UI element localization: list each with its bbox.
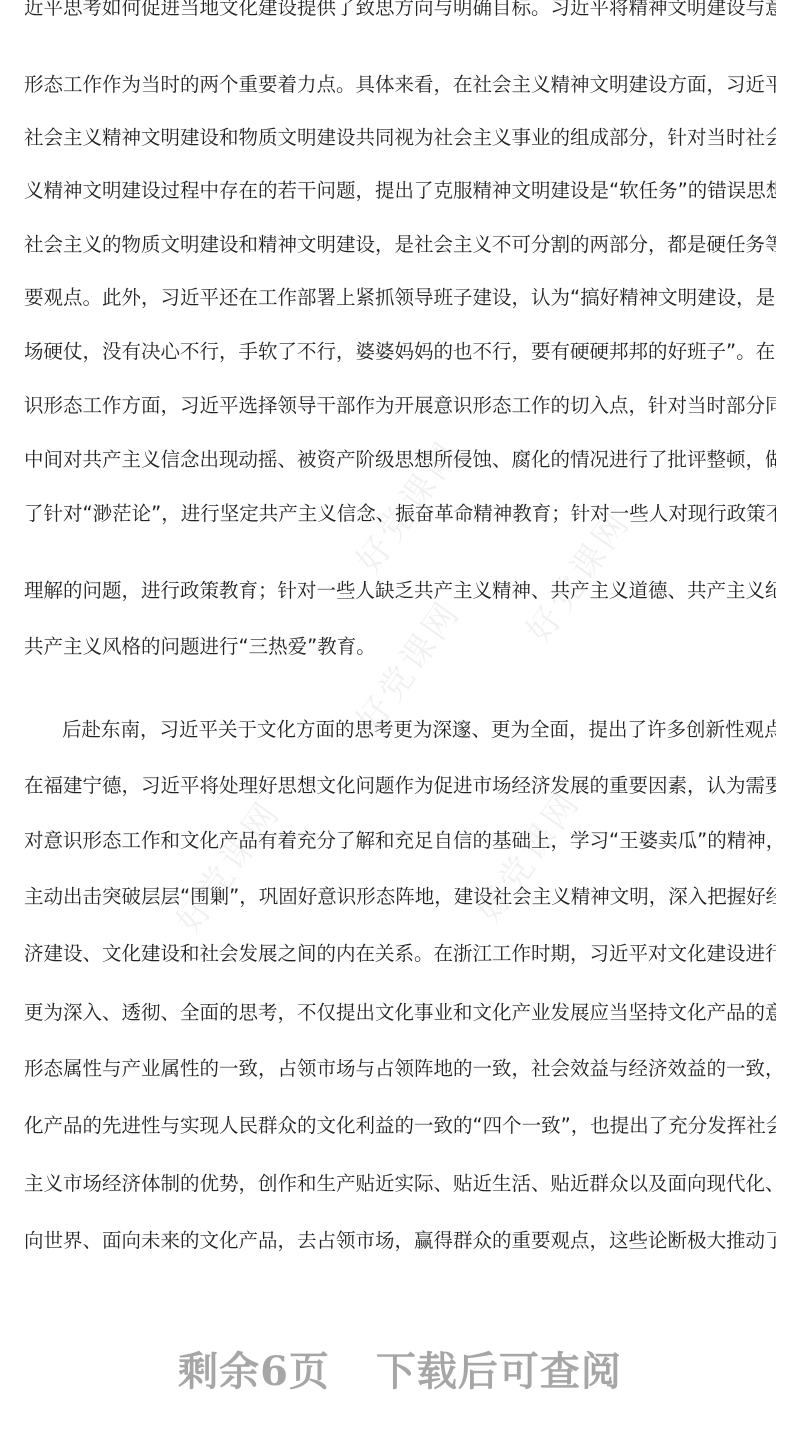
text-line: 主义市场经济体制的优势，创作和生产贴近实际、贴近生活、贴近群众以及面向现代化、面: [24, 1172, 776, 1196]
text-line: 形态属性与产业属性的一致，占领市场与占领阵地的一致，社会效益与经济效益的一致，文: [24, 1057, 776, 1081]
text-line: 要观点。此外，习近平还在工作部署上紧抓领导班子建设，认为“搞好精神文明建设，是一: [24, 286, 776, 310]
text-line: 对意识形态工作和文化产品有着充分了解和充足自信的基础上，学习“王婆卖瓜”的精神，: [24, 829, 776, 853]
text-line: 形态工作作为当时的两个重要着力点。具体来看，在社会主义精神文明建设方面，习近平将: [24, 73, 776, 97]
text-line: 近平思考如何促进当地文化建设提供了致思方向与明确目标。习近平将精神文明建设与意识: [24, 0, 776, 20]
text-line: 在福建宁德，习近平将处理好思想文化问题作为促进市场经济发展的重要因素，认为需要在: [24, 774, 776, 798]
text-line: 后赴东南，习近平关于文化方面的思考更为深邃、更为全面，提出了许多创新性观点。: [62, 718, 776, 742]
text-line: 场硬仗，没有决心不行，手软了不行，婆婆妈妈的也不行，要有硬硬邦邦的好班子”。在意: [24, 340, 776, 364]
text-line: 理解的问题，进行政策教育；针对一些人缺乏共产主义精神、共产主义道德、共产主义纪律…: [24, 579, 776, 603]
text-line: 共产主义风格的问题进行“三热爱”教育。: [24, 635, 776, 659]
download-hint-label: 下载后可查阅: [376, 1340, 622, 1397]
text-line: 义精神文明建设过程中存在的若干问题，提出了克服精神文明建设是“软任务”的错误思想…: [24, 179, 776, 203]
text-line: 社会主义精神文明建设和物质文明建设共同视为社会主义事业的组成部分，针对当时社会主: [24, 126, 776, 150]
text-line: 识形态工作方面，习近平选择领导干部作为开展意识形态工作的切入点，针对当时部分同志: [24, 394, 776, 418]
document-page: 好党课网 好党课网 好党课网 好党课网 好党课网 近平思考如何促进当地文化建设提…: [0, 0, 800, 1446]
text-line: 向世界、面向未来的文化产品，去占领市场，赢得群众的重要观点，这些论断极大推动了区: [24, 1229, 776, 1253]
remaining-pages-label: 剩余6页: [178, 1340, 330, 1397]
text-line: 济建设、文化建设和社会发展之间的内在关系。在浙江工作时期，习近平对文化建设进行了: [24, 942, 776, 966]
watermark: 好党课网: [162, 788, 289, 941]
text-line: 社会主义的物质文明建设和精神文明建设，是社会主义不可分割的两部分，都是硬任务等重: [24, 233, 776, 257]
text-line: 了针对“渺茫论”，进行坚定共产主义信念、振奋革命精神教育；针对一些人对现行政策不: [24, 502, 776, 526]
text-line: 中间对共产主义信念出现动摇、被资产阶级思想所侵蚀、腐化的情况进行了批评整顿，做出: [24, 448, 776, 472]
text-line: 更为深入、透彻、全面的思考，不仅提出文化事业和文化产业发展应当坚持文化产品的意识: [24, 1001, 776, 1025]
text-line: 主动出击突破层层“围剿”，巩固好意识形态阵地，建设社会主义精神文明，深入把握好经: [24, 885, 776, 909]
download-prompt[interactable]: 剩余6页下载后可查阅: [0, 1340, 800, 1397]
text-line: 化产品的先进性与实现人民群众的文化利益的一致的“四个一致”，也提出了充分发挥社会: [24, 1114, 776, 1138]
